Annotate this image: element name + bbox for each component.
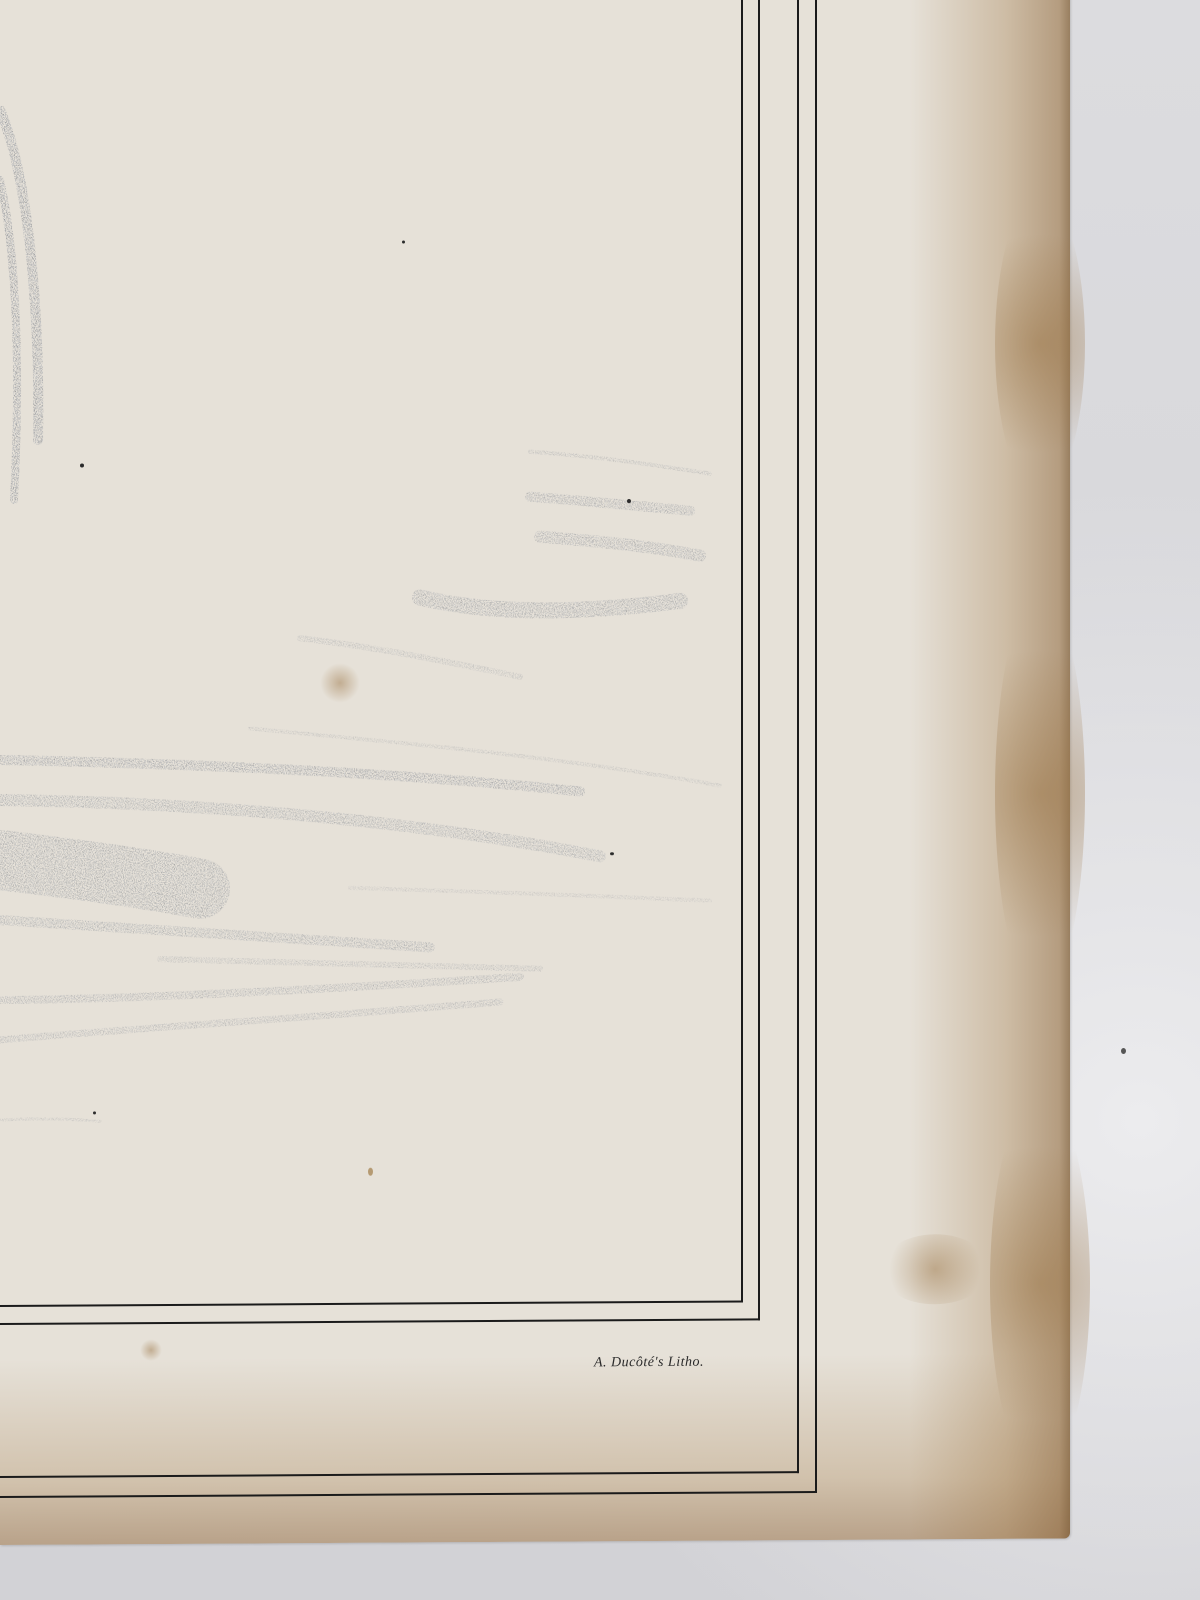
ink-speck — [610, 852, 614, 855]
outer-border-right-outer — [815, 0, 817, 1493]
crayon-drawing — [0, 0, 1070, 1300]
outer-border-bottom-inner — [0, 1471, 799, 1478]
ink-speck — [80, 463, 84, 467]
inner-border-bottom — [0, 1300, 743, 1307]
ink-speck — [93, 1111, 96, 1114]
outer-border-bottom-outer — [0, 1491, 817, 1498]
middle-border-right — [758, 0, 760, 1320]
ink-speck — [402, 241, 405, 244]
middle-border-bottom — [0, 1318, 760, 1325]
inner-border-right — [741, 0, 743, 1302]
ink-speck — [627, 499, 631, 503]
background-speck — [1121, 1048, 1126, 1054]
lithograph-paper: A. Ducôté's Litho. — [0, 0, 1070, 1545]
ink-speck — [368, 1168, 373, 1176]
printer-imprint: A. Ducôté's Litho. — [594, 1355, 704, 1372]
foxing-stain — [140, 1339, 162, 1361]
outer-border-right-inner — [797, 0, 799, 1473]
